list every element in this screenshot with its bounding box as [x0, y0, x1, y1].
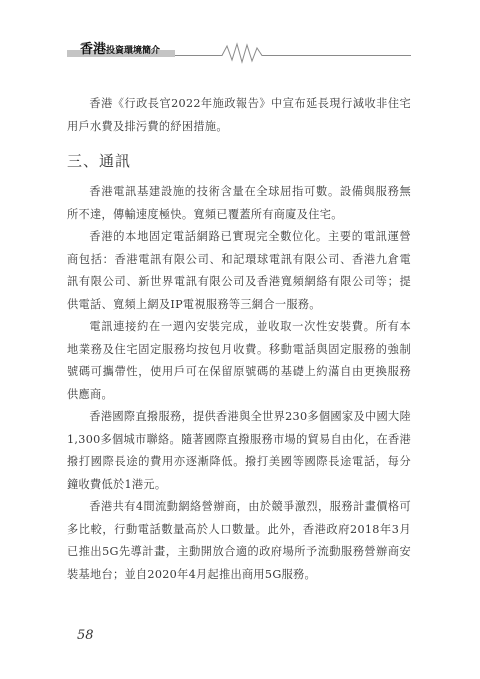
- section-heading: 三、通訊: [67, 151, 411, 171]
- header-title: 香港投資環境簡介: [80, 40, 160, 56]
- intro-paragraph: 香港《行政長官2022年施政報告》中宣布延長現行減收非住宅用戶水費及排污費的紓困…: [67, 93, 411, 138]
- header-title-large: 香港: [80, 42, 106, 57]
- paragraph-installation: 電訊連接約在一週內安裝完成，並收取一次性安裝費。所有本地業務及住宅固定服務均按包…: [67, 316, 411, 406]
- paragraph-fixed-network: 香港的本地固定電話網路已實現完全數位化。主要的電訊運營商包括：香港電訊有限公司、…: [67, 226, 411, 316]
- paragraph-idd: 香港國際直撥服務，提供香港與全世界230多個國家及中國大陸1,300多個城市聯絡…: [67, 406, 411, 496]
- paragraph-mobile-5g: 香港共有4間流動網絡營辦商，由於競爭激烈，服務計畫價格可多比較，行動電話數量高於…: [67, 496, 411, 586]
- document-body: 香港《行政長官2022年施政報告》中宣布延長現行減收非住宅用戶水費及排污費的紓困…: [67, 93, 411, 586]
- header-title-small: 投資環境簡介: [106, 46, 160, 56]
- running-header: 香港投資環境簡介: [0, 0, 480, 80]
- page-number: 58: [77, 628, 94, 643]
- paragraph-infrastructure: 香港電訊基建設施的技術含量在全球屈指可數。設備與服務無所不達，傳輸速度極快。寬頻…: [67, 181, 411, 226]
- pulse-wave-icon: [0, 0, 480, 80]
